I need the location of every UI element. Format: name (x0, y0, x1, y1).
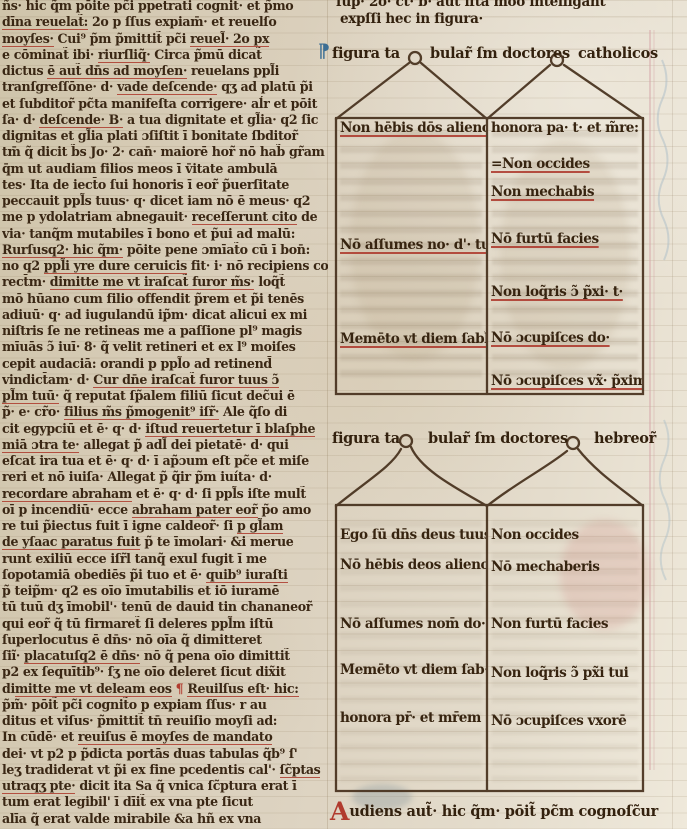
manuscript-line: niſtris ſe ne retineas me a paſſione pl⁹… (2, 323, 328, 339)
manuscript-line: dictus ē aut̃ dn̄s ad moyſen· reuelans p… (2, 63, 328, 79)
commandment-hebrew-right: Nō mechaberis (491, 559, 642, 579)
figure2-header-part1: figura ta (332, 430, 400, 447)
manuscript-line: ſopotamiā obediēs p̃i tuo et ē· quib⁹ iu… (2, 567, 328, 583)
manuscript-line: no q2 ppl̃i yre dure ceruicis fit· i· nō… (2, 258, 328, 274)
manuscript-line: reri et nō iuiſa· Allegat p̃ q̃ir p̃m iu… (2, 469, 328, 485)
manuscript-line: pl̃m tuū· q̃ reputat ſp̃alem filiū ſicut… (2, 388, 328, 404)
manuscript-line: e cōminat̃ ibi· riurſliq̃· Circa p̃mū di… (2, 47, 328, 63)
manuscript-line: p̃m̃· pōit̃ pc̃i cognit̃o p expiam ſſus·… (2, 697, 328, 713)
manuscript-line: re tui p̃iectus fuit ī igne caldeor̃· ſi… (2, 518, 328, 534)
commandment-catholic-right: Nō ɔcupiſces do· (491, 330, 642, 350)
commandment-catholic-left: Non hēbis dōs alienos (340, 120, 486, 140)
manuscript-line: In cūdē· et reuiſus ē moyſes de mandato (2, 729, 328, 745)
manuscript-line: leʒ tradiderat vt p̃i ex fine pcedentis … (2, 762, 328, 778)
figure1-header-part3: catholicos (578, 45, 658, 62)
commandment-catholic-right: Non loq̃ris ɔ̃ p̃xi· t· (491, 284, 642, 304)
commandment-hebrew-right: Nō ɔcupiſces vxorē (491, 713, 642, 733)
bottom-incipit: Audiens aut̃· hic q̃m· pōit̃ pc̃m cognoſ… (330, 797, 658, 826)
manuscript-line: utraqʒ pte· dicit ita Sa q̃ vnica ſc̃ptu… (2, 778, 328, 794)
commandment-hebrew-left: Nō hēbis deos alieno⁹ (340, 557, 486, 577)
manuscript-line: via· tanq̃m mutabiles ī bono et p̃ui ad … (2, 226, 328, 242)
figure1-header-part1: figura ta (332, 45, 400, 62)
manuscript-line: rect̄m· dimitte me vt iraſcat̃ furor m̃s… (2, 274, 328, 290)
manuscript-line: cit egypciū et ē· q· d· iſtud reuertetur… (2, 421, 328, 437)
figure1-header-part2: bular̃ ſm doctores (430, 45, 570, 62)
manuscript-line: p̃ teip̃m· q2 es oīo īmutabilis et iō iu… (2, 583, 328, 599)
rubricated-initial: A (330, 797, 349, 826)
manuscript-line: dignitas et gl̃ia plati ɔſiſtit ī bonita… (2, 128, 328, 144)
manuscript-line: mīuās ɔ̃ iuī· 8· q̃ velit retineri et ex… (2, 339, 328, 355)
commandment-catholic-right: honora pa· t· et m̃re: (491, 120, 642, 140)
figure2-header-part3: hebreor̃ (594, 430, 656, 447)
commandment-catholic-left: Nō aſſumes no· d'· tui· (340, 237, 486, 257)
tablet-outline-hebrew (336, 435, 643, 791)
manuscript-line: peccauit ppl̃s tuus· q· dicet iam nō ē m… (2, 193, 328, 209)
manuscript-line: alīa q̃ erat valde mirabile &a hñ ex vna (2, 811, 328, 827)
topright-line2: expſſi hec in figura· (340, 11, 483, 27)
manuscript-line: vindict̄am· d· Cur dn̄e iraſcat̃ furor t… (2, 372, 328, 388)
manuscript-line: tū tuū dʒ īmobil'· tenū de dauid tin cha… (2, 599, 328, 615)
manuscript-line: oī p incendiū· ecce abraham pater eor̃ p… (2, 502, 328, 518)
commandment-hebrew-left: Memēto vt diem ſab· (340, 662, 486, 682)
manuscript-line: p̃· e· cr̃o· filius m̃s p̃mogenit⁹ iſr̃·… (2, 404, 328, 420)
manuscript-line: dīna reuelat̃: 2o p ſſus expiam̄· et reu… (2, 14, 328, 30)
commandment-hebrew-right: Non loq̃ris ɔ̃ px̃i tui (491, 665, 642, 685)
manuscript-line: et ſubditor̃ pc̃ta manifeſta corrigere· … (2, 96, 328, 112)
manuscript-line: tranſgreſſōne· d· vade deſcende· qʒ ad p… (2, 79, 328, 95)
manuscript-line: eſcat ira tua et ē· q· d· ī ap̃ɔum eſt p… (2, 453, 328, 469)
manuscript-line: miā ɔtra te· allegat p̃ adl̃ dei pietatē… (2, 437, 328, 453)
commandment-catholic-right: Nō furtū facies (491, 231, 642, 251)
manuscript-line: p2 ex ſequītib⁹· ſʒ ne oīo deleret ſicut… (2, 664, 328, 680)
manuscript-line: tes· Ita de iect̄o ſui honoris ī eor̃ p̃… (2, 177, 328, 193)
manuscript-line: recordare abraham et ē· q· d· ſi ppl̃s i… (2, 486, 328, 502)
manuscript-page: ñs· hic q̃m pōite pc̃i ppetrati cognit̃·… (0, 0, 687, 829)
manuscript-line: cepit audaciā: orandi p ppl̃o ad retinen… (2, 356, 328, 372)
manuscript-line: Rurſusq2· hic q̃m· pōite pene ɔmīat̃o cū… (2, 242, 328, 258)
manuscript-line: ñs· hic q̃m pōite pc̃i ppetrati cognit̃·… (2, 0, 328, 14)
manuscript-line: runt exiliū ecce iſr̃l tanq̃ exul fugit … (2, 551, 328, 567)
commandment-catholic-right: Nō ɔcupiſces vx̃· p̃ximī (491, 373, 642, 393)
figure2-header-part2: bular̃ ſm doctores (428, 430, 568, 447)
manuscript-line: de yſaac paratus fuit p̃ te īmolari· &i … (2, 534, 328, 550)
commandment-hebrew-right: Non occides (491, 527, 642, 547)
manuscript-line: ſiĩ· placatuſq2 ē dn̄s· nō q̃ pena oīo d… (2, 648, 328, 664)
manuscript-line: tm̄ q̃ dicit b̃s Jo· 2· can̄· maiorē hor… (2, 144, 328, 160)
commandment-hebrew-right: Non furtū facies (491, 616, 642, 636)
margin-rule (672, 0, 673, 829)
manuscript-line: dimitte me vt deleam eos ¶ Reuilſus eſt·… (2, 681, 328, 697)
manuscript-line: mō hūano cum filio offendit p̃rem et p̃i… (2, 291, 328, 307)
manuscript-line: ditus et viſus· p̃mittit̃ tn̄ reuiſio mo… (2, 713, 328, 729)
manuscript-line: qui eor̃ q̃ tū firmaret̃ ſi deleres ppl̃… (2, 616, 328, 632)
manuscript-line: me p ydolatriam abnegauit· receſſerunt c… (2, 209, 328, 225)
left-text-column: ñs· hic q̃m pōite pc̃i ppetrati cognit̃·… (2, 0, 328, 829)
incipit-text: udiens aut̃· hic q̃m· pōit̃ pc̃m cognoſc… (349, 803, 658, 820)
margin-decoration (650, 30, 670, 770)
commandment-catholic-left: Memēto vt diem ſabb̃· (340, 331, 486, 351)
manuscript-line: dei· vt p2 p p̃dicta portās duas tabulas… (2, 746, 328, 762)
manuscript-line: q̄m ut audiam filios meos ī v̄itate ambu… (2, 161, 328, 177)
topright-line1: ſup̃· 2o· ct̃· b̃· aut̃ iſta mõo intelli… (336, 0, 605, 10)
capitulum-mark: ¶ (318, 40, 330, 62)
manuscript-line: ſuperlocutus ē dn̄s· nō oīa q̃ dimittere… (2, 632, 328, 648)
commandment-hebrew-left: honora pr̄· et mr̄em (340, 710, 486, 730)
commandment-hebrew-left: Nō aſſumes nom̄ do· (340, 616, 486, 636)
manuscript-line: tum erat legibil' ī dīit̃ ex vna pte ſic… (2, 794, 328, 810)
manuscript-line: ſa· d· deſcende· B· a tua dignitate et g… (2, 112, 328, 128)
manuscript-line: moyſes· Cui⁹ p̃m p̃mittit̃ pc̃i reuel̃· … (2, 31, 328, 47)
manuscript-line: adiuū· q· ad iugulandū ip̃m· dicat alicu… (2, 307, 328, 323)
commandment-catholic-right: Non mechabis (491, 184, 642, 204)
commandment-catholic-right: =Non occides (491, 156, 642, 176)
commandment-hebrew-left: Ego ſū dn̄s deus tuus (340, 527, 486, 547)
